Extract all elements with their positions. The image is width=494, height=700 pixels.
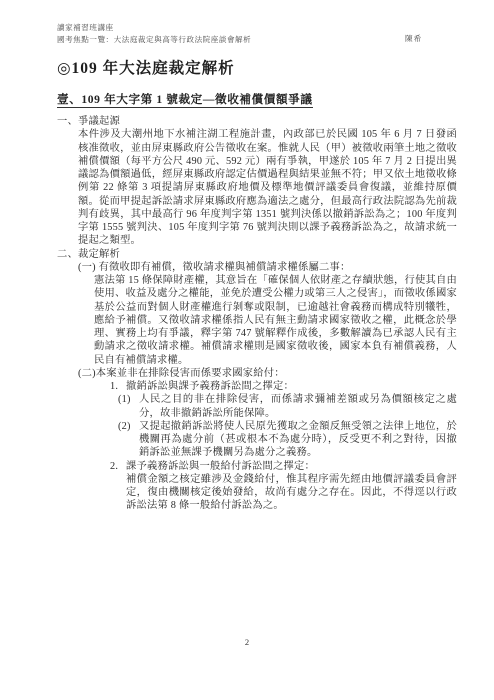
part2-heading: 二、裁定解析	[57, 248, 457, 261]
header-course-line: 讀家補習班講座	[57, 22, 457, 34]
item2-sub2-heading: 課予義務訴訟與一般給付訴訟間之擇定：	[126, 460, 457, 473]
document-page: 讀家補習班講座 國考焦點一覽：大法庭裁定與高等行政法院座談會解析 陳希 ◎109…	[0, 0, 494, 700]
item2-sub1-heading: 撤銷訴訟與課予義務訴訟間之擇定：	[126, 380, 457, 393]
point-2-number: (2)	[118, 420, 139, 460]
item2-sub1: 1. 撤銷訴訟與課予義務訴訟間之擇定：	[110, 380, 457, 393]
part1-heading: 一、爭議起源	[57, 115, 457, 128]
section-heading: 壹、109 年大字第 1 號裁定—徵收補償價額爭議	[57, 91, 457, 107]
page-header: 讀家補習班講座 國考焦點一覽：大法庭裁定與高等行政法院座談會解析 陳希	[57, 22, 457, 45]
header-author: 陳希	[405, 33, 422, 45]
item2-sub2-paragraph: 補償金額之核定雖涉及金錢給付，惟其程序需先經由地價評議委員會評定，復由機關核定後…	[126, 473, 457, 513]
item1-heading: (一) 有徵收即有補償，徵收請求權與補償請求權係屬二事：	[78, 261, 457, 274]
item2-sub1-number: 1.	[110, 380, 126, 393]
item2-sub2-number: 2.	[110, 460, 126, 473]
item2-sub1-point: (2) 又提起撤銷訴訟將使人民原先獲取之金額反無受領之法律上地位，於機關再為處分…	[118, 420, 457, 460]
point-1-text: 人民之目的非在排除侵害，而係請求彌補差額或另為價額核定之處分，故非撤銷訴訟所能保…	[139, 393, 457, 420]
document-body: 一、爭議起源 本件涉及大潮州地下水補注湖工程施計畫，內政部已於民國 105 年 …	[57, 115, 457, 513]
item2-heading: (二)本案並非在排除侵害而係要求國家給付：	[78, 367, 457, 380]
part1-paragraph: 本件涉及大潮州地下水補注湖工程施計畫，內政部已於民國 105 年 6 月 7 日…	[78, 128, 457, 247]
page-number: 2	[0, 637, 494, 647]
section-heading-text: 壹、109 年大字第 1 號裁定—徵收補償價額爭議	[57, 93, 313, 108]
item2-sub1-point: (1) 人民之目的非在排除侵害，而係請求彌補差額或另為價額核定之處分，故非撤銷訴…	[118, 393, 457, 420]
document-title: ◎109 年大法庭裁定解析	[57, 56, 457, 78]
item1-paragraph: 憲法第 15 條保障財產權，其意旨在「確保個人依財產之存續狀態，行使其自由使用、…	[94, 274, 457, 367]
item2-sub2: 2. 課予義務訴訟與一般給付訴訟間之擇定：	[110, 460, 457, 473]
point-2-text: 又提起撤銷訴訟將使人民原先獲取之金額反無受領之法律上地位，於機關再為處分前（甚或…	[139, 420, 457, 460]
point-1-number: (1)	[118, 393, 139, 420]
header-topic-line: 國考焦點一覽：大法庭裁定與高等行政法院座談會解析	[57, 34, 457, 46]
